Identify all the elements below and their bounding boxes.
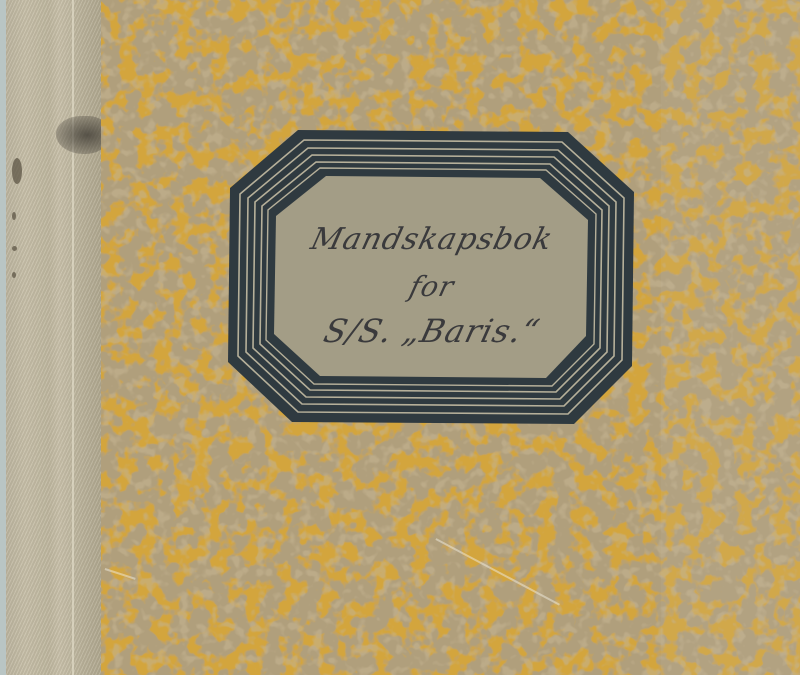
label-handwriting-line-3: S/S. „Baris.“ bbox=[223, 312, 640, 350]
spine-ink-mark bbox=[12, 158, 22, 184]
label-handwriting-line-1: Mandskapsbok bbox=[224, 222, 641, 257]
spine-ink-mark bbox=[12, 212, 16, 220]
spine-fold-line bbox=[72, 0, 74, 675]
spine-ink-mark bbox=[12, 246, 17, 251]
spine-ink-mark bbox=[12, 272, 16, 278]
book-cover-photo: Mandskapsbok for S/S. „Baris.“ bbox=[0, 0, 800, 675]
title-label: Mandskapsbok for S/S. „Baris.“ bbox=[228, 130, 636, 426]
label-handwriting-line-2: for bbox=[224, 270, 640, 303]
cloth-spine bbox=[6, 0, 102, 675]
